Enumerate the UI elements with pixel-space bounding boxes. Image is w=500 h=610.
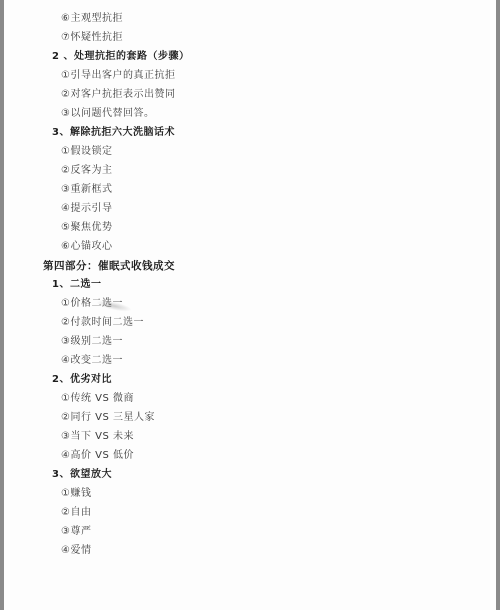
list-item: ①假设锁定 [61, 146, 112, 158]
list-item: ③级别二选一 [61, 336, 123, 348]
section-heading: 2、优劣对比 [52, 374, 112, 386]
list-item: ④提示引导 [61, 203, 112, 215]
list-item: ②同行 VS 三星人家 [61, 412, 155, 424]
list-item: ②自由 [61, 507, 91, 519]
list-item: ④高价 VS 低价 [61, 450, 134, 462]
list-item: ②对客户抗拒表示出赞同 [61, 89, 175, 101]
list-item: ①赚钱 [61, 488, 91, 500]
list-item: ③重新框式 [61, 184, 112, 196]
section-heading: 3、欲望放大 [52, 469, 112, 481]
list-item: ⑥主观型抗拒 [61, 13, 123, 25]
list-item: ④爱情 [61, 545, 91, 557]
list-item: ①引导出客户的真正抗拒 [61, 70, 175, 82]
list-item: ①传统 VS 微商 [61, 393, 134, 405]
part-heading: 第四部分：催眠式收钱成交 [43, 260, 175, 272]
list-item: ③当下 VS 未来 [61, 431, 134, 443]
section-heading: 3、解除抗拒六大洗脑话术 [52, 127, 175, 139]
list-item: ⑥心锚攻心 [61, 241, 112, 253]
section-heading: 2 、处理抗拒的套路（步骤） [52, 51, 189, 63]
list-item: ③尊严 [61, 526, 91, 538]
section-heading: 1、二选一 [52, 279, 101, 291]
document-page: ⑥主观型抗拒 ⑦怀疑性抗拒 2 、处理抗拒的套路（步骤） ①引导出客户的真正抗拒… [0, 0, 500, 610]
list-item: ⑤聚焦优势 [61, 222, 112, 234]
list-item: ④改变二选一 [61, 355, 123, 367]
list-item: ③以问题代替回答。 [61, 108, 154, 120]
list-item: ⑦怀疑性抗拒 [61, 32, 123, 44]
list-item: ②反客为主 [61, 165, 112, 177]
list-item: ②付款时间二选一 [61, 317, 144, 329]
